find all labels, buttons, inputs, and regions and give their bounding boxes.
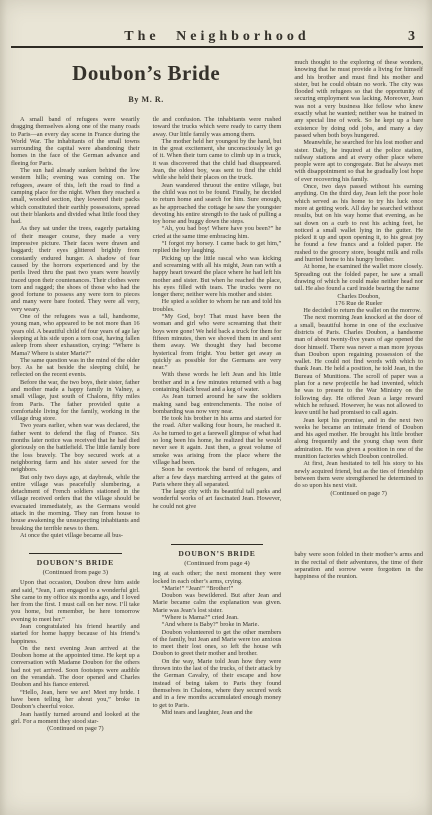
paragraph: The next morning Jean knocked at the doo… — [294, 314, 423, 416]
paragraph: Soon he overtook the band of refugees, a… — [153, 466, 282, 488]
paragraph: Once, two days passed without his earnin… — [294, 183, 423, 263]
paragraph: As they sat under the trees, eagerly par… — [11, 225, 140, 313]
continued-section-left: DOUBON’S BRIDE (Continued from page 3) U… — [11, 553, 140, 732]
paragraph: At home, he examined the wallet more clo… — [294, 263, 423, 292]
paragraph: Picking up the little rascal who was kic… — [153, 255, 282, 299]
paragraph: Jean congratulated his friend heartily a… — [11, 623, 140, 645]
story-column-2: tle and confusion. The inhabitants were … — [153, 116, 282, 539]
paragraph: Charles Doubon, — [294, 293, 423, 300]
paragraph: Jean wandered thruout the entire village… — [153, 182, 282, 226]
paragraph: Before the war, the two boys, their sist… — [11, 379, 140, 423]
paragraph: On the next evening Jean arrived at the … — [11, 645, 140, 689]
paragraph: He decided to return the wallet on the m… — [294, 307, 423, 314]
paragraph: Mid tears and laughter, Jean and the — [153, 709, 282, 716]
paragraph: Two years earlier, when war was declared… — [11, 422, 140, 473]
paragraph: He spied a soldier to whom he ran and to… — [153, 298, 282, 313]
paragraph: One of the refugees was a tall, handsome… — [11, 313, 140, 357]
paragraph: 176 Rue de Rueler — [294, 300, 423, 307]
paragraph: Doubon was bewildered. But after Jean an… — [153, 592, 282, 614]
paragraph: A small band of refugees were wearily dr… — [11, 116, 140, 167]
story-byline: By M. R. — [11, 95, 281, 104]
story-title: Doubon’s Bride — [11, 61, 281, 86]
paragraph: “Where is Mama?” cried Jean. — [153, 614, 282, 621]
continued-subheading: (Continued from page 3) — [11, 569, 140, 576]
story-layout: Doubon’s Bride By M. R. A small band of … — [11, 54, 423, 732]
paragraph: Upon that occasion, Doubon drew him asid… — [11, 579, 140, 623]
paragraph: baby were soon folded in their mother’s … — [294, 551, 423, 580]
paragraph: Meanwhile, he searched for his lost moth… — [294, 139, 423, 183]
paragraph: At once the quiet village became all bus… — [11, 532, 140, 539]
continued-heading: DOUBON’S BRIDE — [11, 558, 140, 567]
newspaper-page: The Neighborhood 3 Doubon’s Bride By M. … — [0, 0, 432, 815]
masthead-title: The Neighborhood — [11, 29, 423, 45]
paragraph: tle and confusion. The inhabitants were … — [153, 116, 282, 138]
paragraph: (Continued on page 7) — [11, 725, 140, 732]
paragraph: Doubon volunteered to get the other memb… — [153, 629, 282, 658]
paragraph: “And where is Baby?” broke in Marie. — [153, 621, 282, 628]
section-divider-rule — [171, 544, 264, 545]
paragraph: The sun had already sunken behind the lo… — [11, 167, 140, 225]
paragraph: With these words he left Jean and his li… — [153, 371, 282, 393]
paragraph: On the way, Marie told Jean how they wer… — [153, 658, 282, 709]
section-divider-rule — [29, 553, 122, 554]
continued-heading: DOUBON’S BRIDE — [153, 549, 282, 558]
paragraph: As Jean turned around he saw the soldier… — [153, 393, 282, 415]
masthead: The Neighborhood 3 — [11, 0, 423, 48]
continued-right-text: baby were soon folded in their mother’s … — [294, 551, 423, 580]
paragraph: much thought to the exploring of these w… — [294, 59, 423, 139]
continued-section-middle: DOUBON’S BRIDE (Continued from page 4) i… — [153, 544, 282, 732]
paragraph: At first, Jean hesitated to tell his sto… — [294, 460, 423, 489]
paragraph: The same question was in the mind of the… — [11, 357, 140, 379]
continued-subheading: (Continued from page 4) — [153, 560, 282, 567]
paragraph: ing at each other; the next moment they … — [153, 570, 282, 585]
paragraph: Jean kept his promise, and in the next t… — [294, 417, 423, 461]
continued-middle-text: ing at each other; the next moment they … — [153, 570, 282, 716]
paragraph: “Ah, you bad boy! Where have you been?” … — [153, 225, 282, 240]
paragraph: But only two days ago, at daybreak, whil… — [11, 474, 140, 532]
paragraph: The mother held her youngest by the hand… — [153, 138, 282, 182]
page-number: 3 — [408, 29, 415, 45]
paragraph: (Continued on page 7) — [294, 490, 423, 497]
paragraph: Jean hastily turned around and looked at… — [11, 711, 140, 726]
story-column-3: much thought to the exploring of these w… — [294, 54, 423, 539]
continued-section-right: baby were soon folded in their mother’s … — [294, 551, 423, 732]
paragraph: “Marie!” “Jean!” “Brother!” — [153, 585, 282, 592]
paragraph: The large city with its beautiful tall p… — [153, 488, 282, 510]
story-column-1: A small band of refugees were wearily dr… — [11, 116, 140, 539]
story-title-block: Doubon’s Bride By M. R. — [11, 54, 281, 116]
paragraph: “I forgot my horsey. I came back to get … — [153, 240, 282, 255]
paragraph: “Hello, Jean, here we are! Meet my bride… — [11, 689, 140, 711]
continued-left-text: Upon that occasion, Doubon drew him asid… — [11, 579, 140, 732]
paragraph: He took his brother in his arms and star… — [153, 415, 282, 466]
paragraph: “My God, boy! That must have been the wo… — [153, 313, 282, 371]
